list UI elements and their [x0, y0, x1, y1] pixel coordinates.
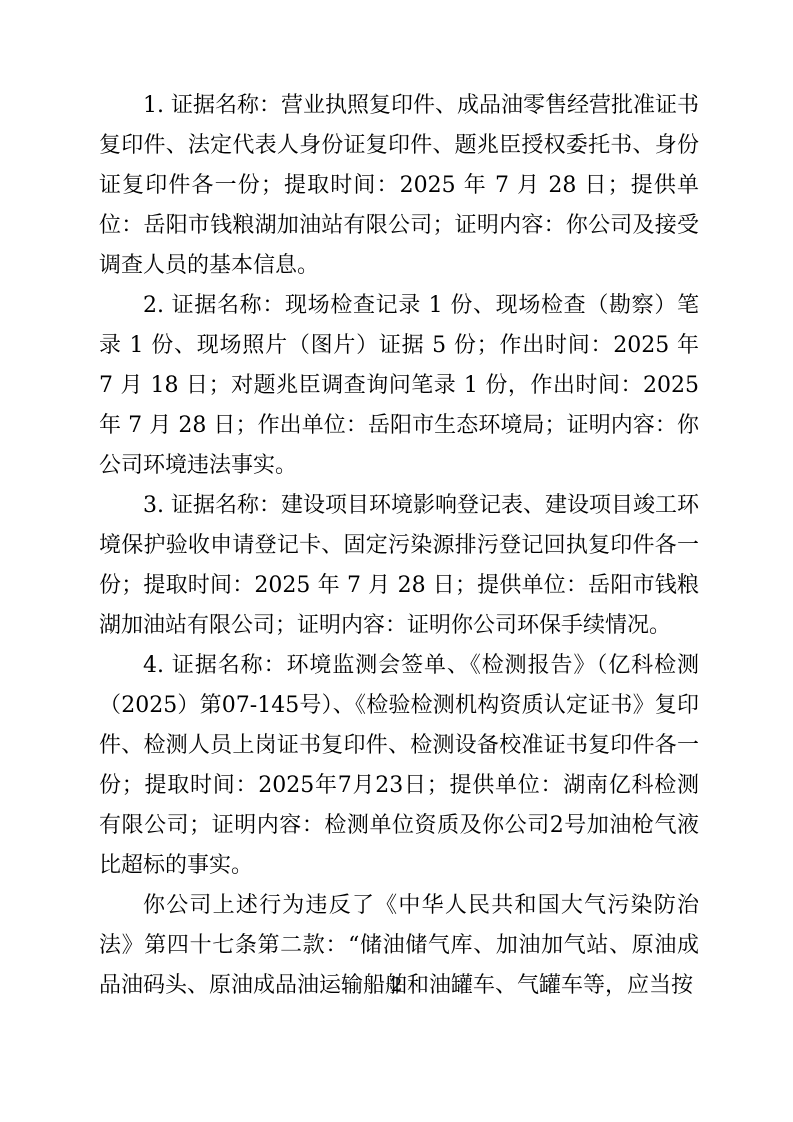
paragraph-evidence-3: 3. 证据名称：建设项目环境影响登记表、建设项目竣工环境保护验收申请登记卡、固定…: [99, 486, 699, 646]
paragraph-evidence-4: 4. 证据名称：环境监测会签单、《检测报告》（亿科检测（2025）第07-145…: [99, 646, 699, 886]
paragraph-evidence-2: 2. 证据名称：现场检查记录 1 份、现场检查（勘察）笔录 1 份、现场照片（图…: [99, 286, 699, 486]
page-number: 2: [0, 974, 793, 996]
document-page: 1. 证据名称：营业执照复印件、成品油零售经营批准证书复印件、法定代表人身份证复…: [0, 0, 793, 1122]
document-body: 1. 证据名称：营业执照复印件、成品油零售经营批准证书复印件、法定代表人身份证复…: [99, 86, 699, 1006]
paragraph-evidence-1: 1. 证据名称：营业执照复印件、成品油零售经营批准证书复印件、法定代表人身份证复…: [99, 86, 699, 286]
